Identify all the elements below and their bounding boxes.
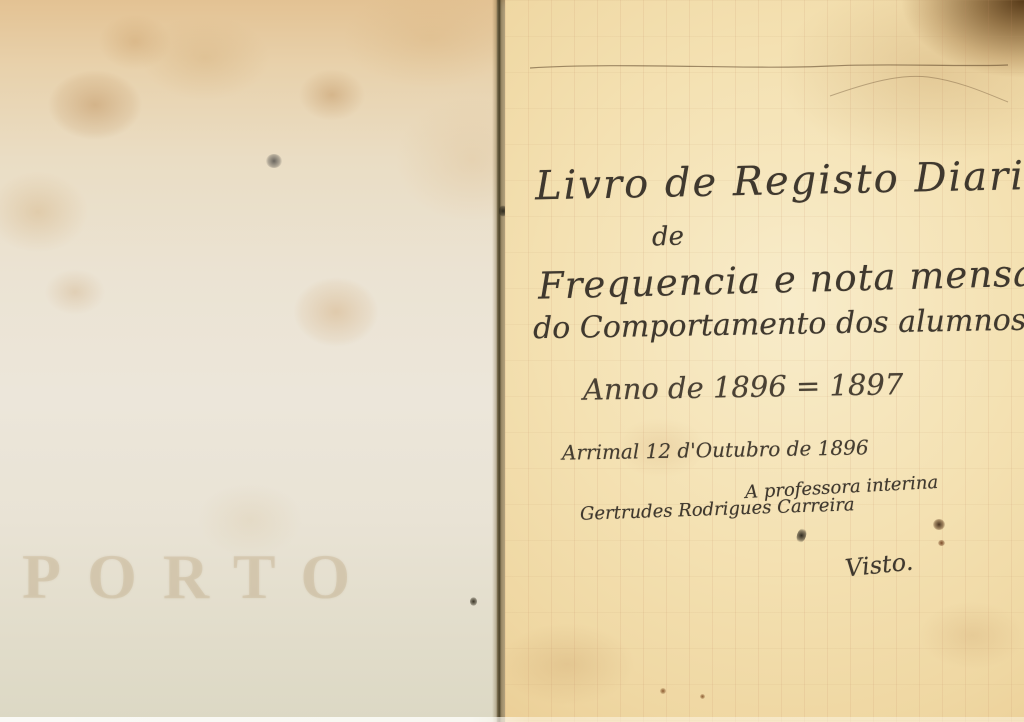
- ink-blot: [933, 519, 945, 530]
- pencil-rule-lines: [530, 54, 1010, 114]
- ink-blot: [470, 597, 477, 606]
- school-year-line: Anno de 1896 = 1897: [583, 367, 904, 407]
- foxing-speck: [700, 694, 705, 699]
- right-page: [505, 0, 1024, 722]
- ink-blot: [266, 154, 282, 168]
- foxing-speck: [938, 540, 945, 546]
- title-line-2: de: [651, 221, 684, 252]
- paper-watermark: PORTO: [22, 540, 376, 614]
- binding-gutter: [492, 0, 506, 722]
- scan-edge: [0, 717, 1024, 722]
- foxing-speck: [660, 688, 666, 694]
- open-book-scan: PORTO Livro de Registo Diario de Frequen…: [0, 0, 1024, 722]
- left-page: PORTO: [0, 0, 497, 722]
